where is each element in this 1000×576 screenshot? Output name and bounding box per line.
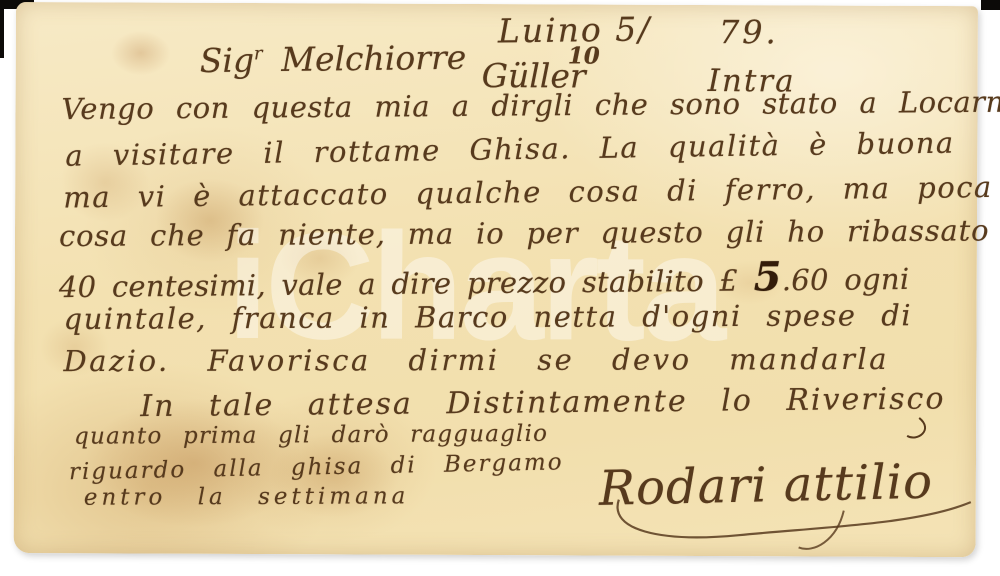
body-line-2: a visitare il rottame Ghisa. La qualità … bbox=[65, 126, 955, 173]
scanner-edge-mark-top-right bbox=[981, 0, 1000, 10]
price-suffix: .60 ogni bbox=[782, 262, 910, 297]
postscript-line-3: entro la settimana bbox=[84, 483, 410, 510]
body-line-3: ma vi è attaccato qualche cosa di ferro,… bbox=[63, 170, 993, 215]
salutation-first-name: Melchiorre bbox=[281, 38, 467, 79]
postcard-paper: iCharta Luino 5/ 10 79. Sigr Melchiorre … bbox=[14, 2, 978, 557]
scanner-edge-mark-left bbox=[0, 0, 4, 58]
postscript-line-1: quanto prima gli darò ragguaglio bbox=[74, 421, 548, 450]
salutation-title-superscript: r bbox=[254, 43, 263, 64]
postscript-line-2: riguardo alla ghisa di Bergamo bbox=[69, 449, 564, 485]
salutation-title: Sig bbox=[200, 40, 255, 80]
body-line-6: quintale, franca in Barco netta d'ogni s… bbox=[64, 298, 913, 336]
paper-stain bbox=[111, 30, 171, 75]
dateline-year: 79. bbox=[719, 13, 779, 51]
signature-text: Rodari attilio bbox=[598, 454, 933, 517]
body-line-4: cosa che fa niente, ma io per questo gli… bbox=[59, 213, 990, 253]
body-line-1: Vengo con questa mia a dirgli che sono s… bbox=[61, 85, 1000, 127]
price-amount: 5 bbox=[753, 253, 782, 300]
scanned-postcard-image: iCharta Luino 5/ 10 79. Sigr Melchiorre … bbox=[0, 0, 1000, 576]
price-prefix: 40 centesimi, vale a dire prezzo stabili… bbox=[59, 263, 754, 304]
body-line-7: Dazio. Favorisca dirmi se devo mandarla bbox=[63, 342, 889, 378]
salutation-title-name: Sigr Melchiorre bbox=[200, 38, 467, 80]
